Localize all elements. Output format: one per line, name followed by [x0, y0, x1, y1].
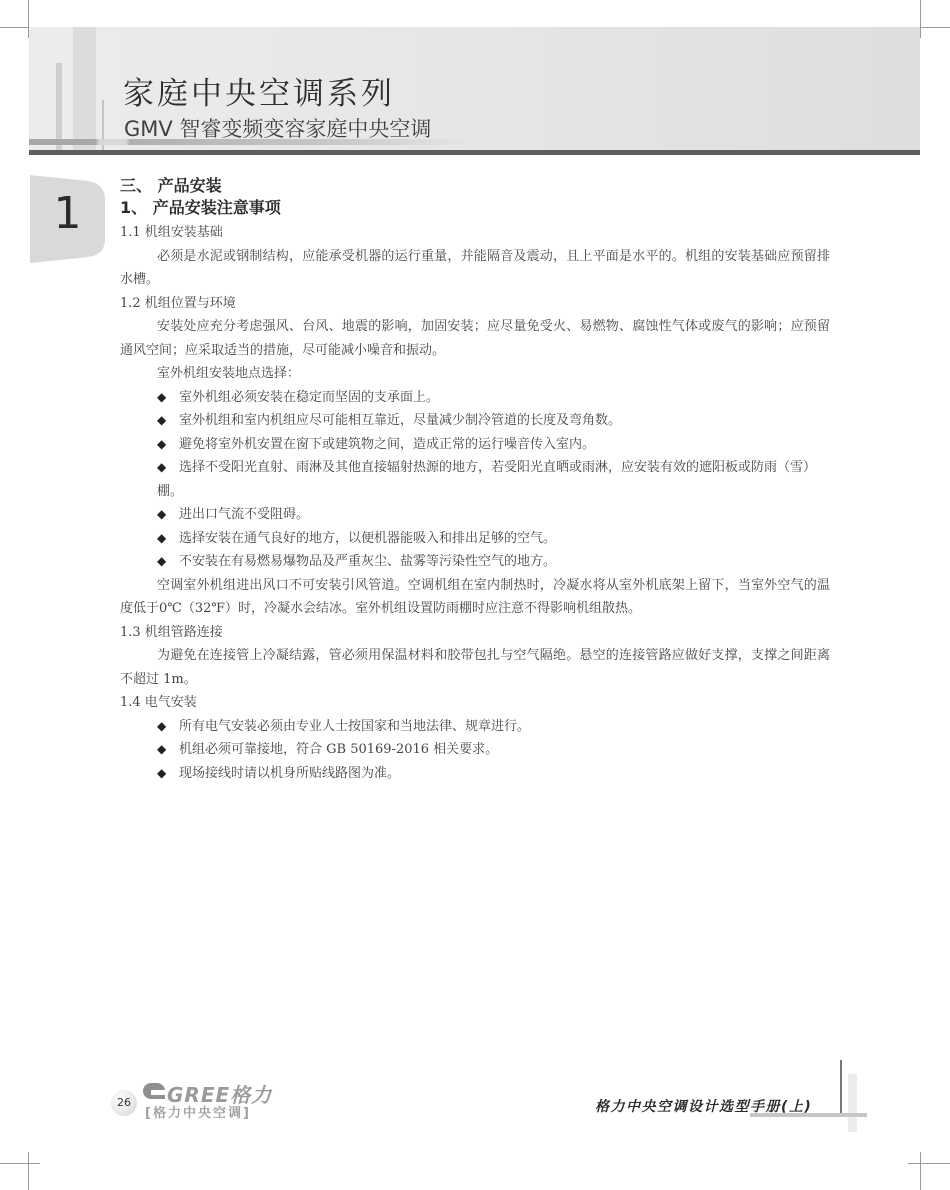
crop-mark-bottom-left-v [28, 1152, 29, 1190]
diamond-bullet-icon: ◆ [157, 715, 166, 739]
list-item-text: 不安装在有易燃易爆物品及严重灰尘、盐雾等污染性空气的地方。 [179, 554, 556, 569]
chapter-number: 1 [30, 188, 105, 239]
list-item: ◆室外机组必须安装在稳定而坚固的支承面上。 [157, 386, 830, 410]
header-decor-stripe [73, 27, 96, 150]
bullet-list-location: ◆室外机组必须安装在稳定而坚固的支承面上。 ◆室外机组和室内机组应尽可能相互靠近… [120, 386, 830, 574]
list-item-text: 进出口气流不受阻碍。 [179, 507, 309, 522]
diamond-bullet-icon: ◆ [157, 386, 166, 410]
header-subtitle: GMV 智睿变频变容家庭中央空调 [124, 113, 431, 143]
paragraph: 为避免在连接管上冷凝结露，管必须用保温材料和胶带包扎与空气隔绝。悬空的连接管路应… [120, 644, 830, 691]
heading-1-3: 1.3 机组管路连接 [120, 621, 830, 645]
list-item: ◆选择安装在通气良好的地方，以便机器能吸入和排出足够的空气。 [157, 527, 830, 551]
list-item: ◆不安装在有易燃易爆物品及严重灰尘、盐雾等污染性空气的地方。 [157, 550, 830, 574]
list-item: ◆选择不受阳光直射、雨淋及其他直接辐射热源的地方，若受阳光直晒或雨淋，应安装有效… [157, 456, 830, 503]
main-content: 三、 产品安装 1、 产品安装注意事项 1.1 机组安装基础 必须是水泥或钢制结… [120, 175, 830, 785]
list-item-text: 选择不受阳光直射、雨淋及其他直接辐射热源的地方，若受阳光直晒或雨淋，应安装有效的… [157, 460, 816, 499]
list-item: ◆避免将室外机安置在窗下或建筑物之间，造成正常的运行噪音传入室内。 [157, 433, 830, 457]
header-rule [29, 150, 920, 155]
diamond-bullet-icon: ◆ [157, 762, 166, 786]
crop-mark-bottom-left-h [0, 1163, 40, 1164]
list-item-text: 避免将室外机安置在窗下或建筑物之间，造成正常的运行噪音传入室内。 [179, 437, 595, 452]
diamond-bullet-icon: ◆ [157, 503, 166, 527]
heading-1-2: 1.2 机组位置与环境 [120, 292, 830, 316]
gree-logo-icon [143, 1083, 165, 1099]
header-title: 家庭中央空调系列 [123, 68, 395, 113]
footer-decor-hbar [750, 1113, 867, 1117]
subsection-title: 1、 产品安装注意事项 [120, 197, 830, 219]
diamond-bullet-icon: ◆ [157, 527, 166, 551]
list-item: ◆现场接线时请以机身所贴线路图为准。 [157, 762, 830, 786]
crop-mark-top-right-v [920, 0, 921, 38]
list-item: ◆室外机组和室内机组应尽可能相互靠近，尽量减少制冷管道的长度及弯角数。 [157, 409, 830, 433]
heading-1-1: 1.1 机组安装基础 [120, 221, 830, 245]
diamond-bullet-icon: ◆ [157, 409, 166, 433]
list-item-text: 所有电气安装必须由专业人士按国家和当地法律、规章进行。 [179, 719, 530, 734]
footer-decor-vbar [840, 1060, 842, 1117]
list-item-text: 选择安装在通气良好的地方，以便机器能吸入和排出足够的空气。 [179, 531, 556, 546]
list-item: ◆机组必须可靠接地，符合 GB 50169-2016 相关要求。 [157, 738, 830, 762]
paragraph: 必须是水泥或钢制结构，应能承受机器的运行重量，并能隔音及震动，且上平面是水平的。… [120, 245, 830, 292]
diamond-bullet-icon: ◆ [157, 456, 166, 480]
footer-decor-vbar-light [848, 1074, 857, 1132]
list-item-text: 室外机组和室内机组应尽可能相互靠近，尽量减少制冷管道的长度及弯角数。 [179, 413, 621, 428]
paragraph: 安装处应充分考虑强风、台风、地震的影响，加固安装；应尽量免受火、易燃物、腐蚀性气… [120, 315, 830, 362]
list-item-text: 室外机组必须安装在稳定而坚固的支承面上。 [179, 390, 439, 405]
page-number-badge: 26 [111, 1090, 137, 1116]
section-title: 三、 产品安装 [120, 175, 830, 197]
bullet-list-electrical: ◆所有电气安装必须由专业人士按国家和当地法律、规章进行。 ◆机组必须可靠接地，符… [120, 715, 830, 786]
crop-mark-bottom-right-h [908, 1163, 950, 1164]
crop-mark-bottom-right-v [920, 1152, 921, 1190]
list-item-text: 机组必须可靠接地，符合 GB 50169-2016 相关要求。 [179, 742, 498, 757]
paragraph: 空调室外机组进出风口不可安装引风管道。空调机组在室内制热时，冷凝水将从室外机底架… [120, 574, 830, 621]
diamond-bullet-icon: ◆ [157, 433, 166, 457]
list-item: ◆进出口气流不受阻碍。 [157, 503, 830, 527]
diamond-bullet-icon: ◆ [157, 738, 166, 762]
paragraph: 室外机组安装地点选择： [120, 362, 830, 386]
brand-logo-subtext: [格力中央空调] [145, 1102, 251, 1121]
list-item: ◆所有电气安装必须由专业人士按国家和当地法律、规章进行。 [157, 715, 830, 739]
diamond-bullet-icon: ◆ [157, 550, 166, 574]
heading-1-4: 1.4 电气安装 [120, 691, 830, 715]
list-item-text: 现场接线时请以机身所贴线路图为准。 [179, 766, 400, 781]
